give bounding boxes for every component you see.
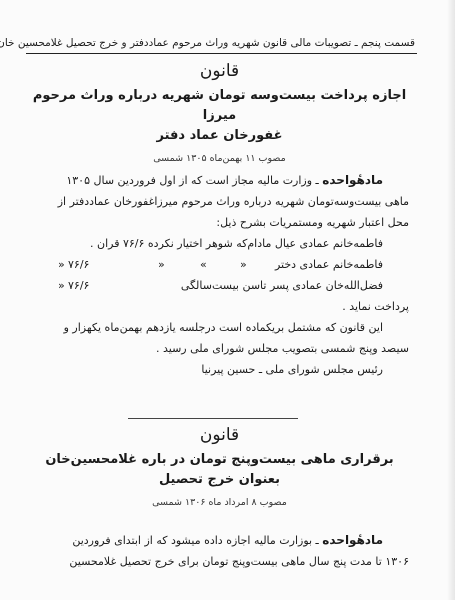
article-label: مادهٔواحده bbox=[322, 533, 383, 547]
beneficiary-name: فاطمه‌خانم عمادی دختر bbox=[275, 254, 383, 275]
page-edge bbox=[447, 0, 455, 600]
law-1-article-line-2: ماهی بیست‌وسه‌تومان شهریه درباره وراث مر… bbox=[30, 191, 409, 212]
article-text: ـ وزارت مالیه مجاز است که از اول فروردین… bbox=[66, 174, 322, 187]
beneficiary-row-2: فاطمه‌خانم عمادی دختر « » « ۷۶/۶ « bbox=[30, 254, 409, 275]
beneficiary-row-3: فضل‌الله‌خان عمادی پسر تاسن بیست‌سالگی ۷… bbox=[30, 275, 409, 296]
beneficiary-row-1: فاطمه‌خانم عمادی عیال مادام‌که شوهر اختی… bbox=[30, 233, 409, 254]
law-2-heading: قانون bbox=[30, 424, 409, 446]
beneficiary-amount: ۷۶/۶ bbox=[68, 275, 89, 296]
beneficiary-amount: ۷۶/۶ bbox=[68, 254, 89, 275]
law-2: قانون برقراری ماهی بیست‌وپنج تومان در با… bbox=[30, 424, 409, 510]
law-2-body: مادهٔواحده ـ بوزارت مالیه اجازه داده میش… bbox=[30, 530, 409, 572]
article-text: ـ بوزارت مالیه اجازه داده میشود که از اب… bbox=[72, 534, 322, 547]
law-1-heading: قانون bbox=[30, 60, 409, 82]
ditto-mark: « bbox=[58, 254, 65, 275]
ditto-mark: « bbox=[240, 254, 247, 275]
law-2-article-line-2: ۱۳۰۶ تا مدت پنج سال ماهی بیست‌وپنج تومان… bbox=[30, 551, 409, 572]
law-2-title-line-2: بعنوان خرج تحصیل bbox=[30, 470, 409, 490]
beneficiary-name: فضل‌الله‌خان عمادی پسر تاسن بیست‌سالگی bbox=[181, 275, 383, 296]
article-label: مادهٔواحده bbox=[322, 173, 383, 187]
ditto-mark: « bbox=[58, 275, 65, 296]
law-1-title-line-2: غفورخان عماد دفتر bbox=[30, 126, 409, 146]
law-1-closing-line-2: سیصد وپنج شمسی بتصویب مجلس شورای ملی رسی… bbox=[30, 338, 409, 359]
law-1-signature: رئیس مجلس شورای ملی ـ حسین پیرنیا bbox=[30, 359, 409, 380]
ditto-mark: » bbox=[200, 254, 207, 275]
ditto-mark: « bbox=[158, 254, 165, 275]
running-head: قسمت پنجم ـ تصویبات مالی قانون شهریه ورا… bbox=[28, 37, 415, 50]
law-1-article-line-1: مادهٔواحده ـ وزارت مالیه مجاز است که از … bbox=[30, 170, 409, 191]
law-2-article-line-1: مادهٔواحده ـ بوزارت مالیه اجازه داده میش… bbox=[30, 530, 409, 551]
section-divider bbox=[128, 418, 298, 419]
law-1: قانون اجازه پرداخت بیست‌وسه تومان شهریه … bbox=[30, 60, 409, 166]
law-2-title-line-1: برقراری ماهی بیست‌وپنج تومان در باره غلا… bbox=[30, 450, 409, 470]
law-1-approval-date: مصوب ۱۱ بهمن‌ماه ۱۳۰۵ شمسی bbox=[30, 152, 409, 166]
law-1-closing-line-1: این قانون که مشتمل بریکماده است درجلسه ی… bbox=[30, 317, 409, 338]
law-1-article-close: پرداخت نماید . bbox=[30, 296, 409, 317]
law-1-title-line-1: اجازه پرداخت بیست‌وسه تومان شهریه درباره… bbox=[30, 86, 409, 126]
law-1-body: مادهٔواحده ـ وزارت مالیه مجاز است که از … bbox=[30, 170, 409, 380]
header-rule bbox=[26, 53, 417, 54]
law-2-approval-date: مصوب ۸ امرداد ماه ۱۳۰۶ شمسی bbox=[30, 496, 409, 510]
law-1-article-line-3: محل اعتبار شهریه ومستمریات بشرح ذیل: bbox=[30, 212, 409, 233]
